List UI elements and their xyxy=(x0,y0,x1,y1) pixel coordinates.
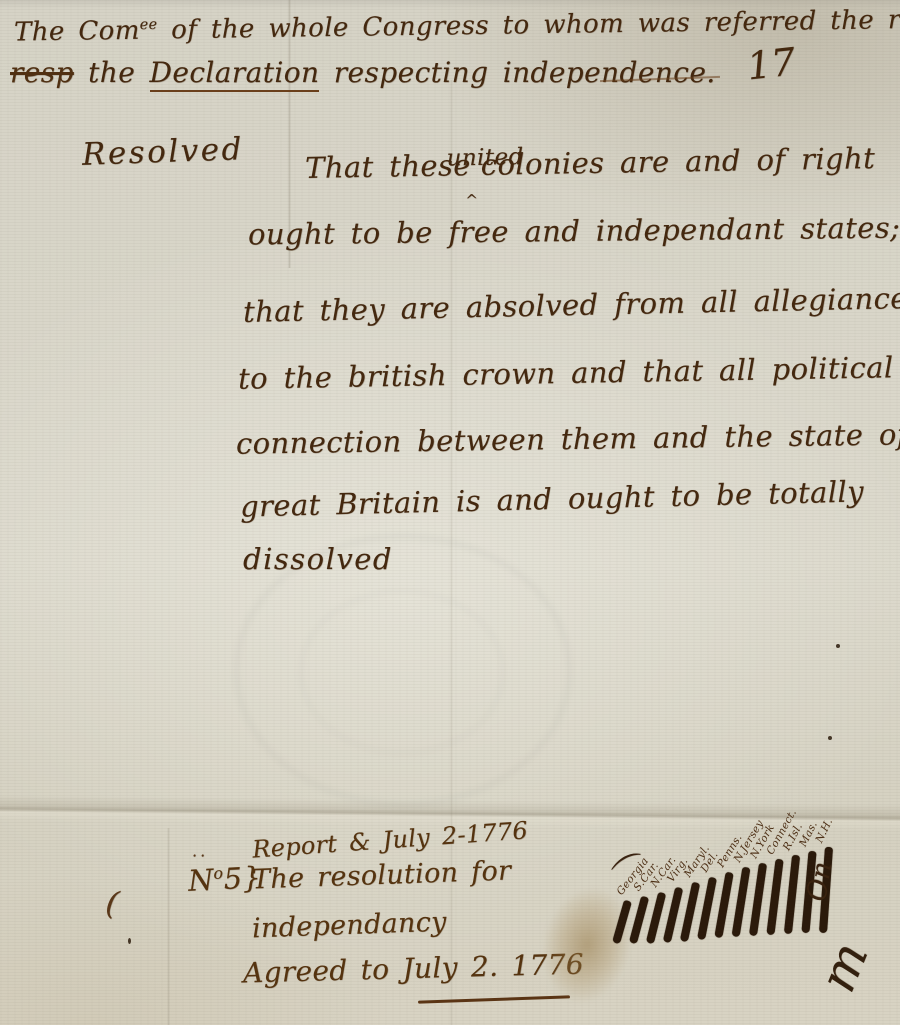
inserted-word-united: united xyxy=(446,144,523,171)
ink-speck xyxy=(836,644,840,648)
struck-out-word: resp xyxy=(10,56,74,89)
header-line-2: resp the Declaration respecting independ… xyxy=(10,56,716,89)
ink-speck xyxy=(828,736,832,740)
docket-line-2: independancy xyxy=(252,907,448,945)
tally-stroke xyxy=(732,867,751,937)
agreed-date-underline xyxy=(418,995,570,1003)
header-line1-superscript: ee xyxy=(140,17,158,33)
tally-mark: Connect. xyxy=(766,859,783,935)
tally-stroke xyxy=(749,863,767,936)
header-line2-mid: the xyxy=(74,56,150,89)
watermark-inner-circle xyxy=(300,590,504,754)
docket-line-3: Agreed to July 2. 1776 xyxy=(243,948,585,990)
body-line-6: great Britain is and ought to be totally xyxy=(240,474,865,523)
body-line-1: That theseunited^colonies are and of rig… xyxy=(305,141,876,185)
insertion-caret: ^ xyxy=(465,191,478,209)
tally-mark: N.York xyxy=(749,863,767,936)
header-line2-post: respecting independence. xyxy=(319,56,715,89)
docket-number-pre: N xyxy=(187,863,214,898)
docket-line-1: The resolution for xyxy=(252,855,512,895)
body-line-4: to the british crown and that all politi… xyxy=(238,350,894,395)
vertical-fold-bottom-left xyxy=(167,828,170,1025)
body-line-5: connection between them and the state of xyxy=(236,417,900,460)
tally-stroke xyxy=(766,859,783,935)
header-line-1: The Comee of the whole Congress to whom … xyxy=(14,2,900,47)
stray-paren-mark: ( xyxy=(103,883,121,922)
ink-speck xyxy=(128,938,131,944)
tally-stroke xyxy=(714,872,733,938)
tally-mark: R.Isl. xyxy=(784,855,800,934)
body-line-3: that they are absolved from all allegian… xyxy=(243,281,900,329)
declaration-word-underlined: Declaration xyxy=(150,56,320,92)
stray-dot-marks: ·· xyxy=(192,846,208,865)
body-line1b: colonies are and of right xyxy=(480,141,875,182)
resolved-word: Resolved xyxy=(81,131,244,173)
tally-mark: Penns. xyxy=(714,872,733,938)
tally-stroke xyxy=(784,855,800,934)
page-number: 17 xyxy=(745,40,798,89)
manuscript-page: The Comee of the whole Congress to whom … xyxy=(0,0,900,1025)
header-line1-pre: The Com xyxy=(14,16,140,48)
tally-stroke xyxy=(697,877,717,940)
body-line-7: dissolved xyxy=(243,542,393,576)
body-line-2: ought to be free and independant states; xyxy=(248,211,900,252)
tally-mark: N.Jersey xyxy=(732,867,751,937)
tally-mark: Del. xyxy=(697,877,717,940)
